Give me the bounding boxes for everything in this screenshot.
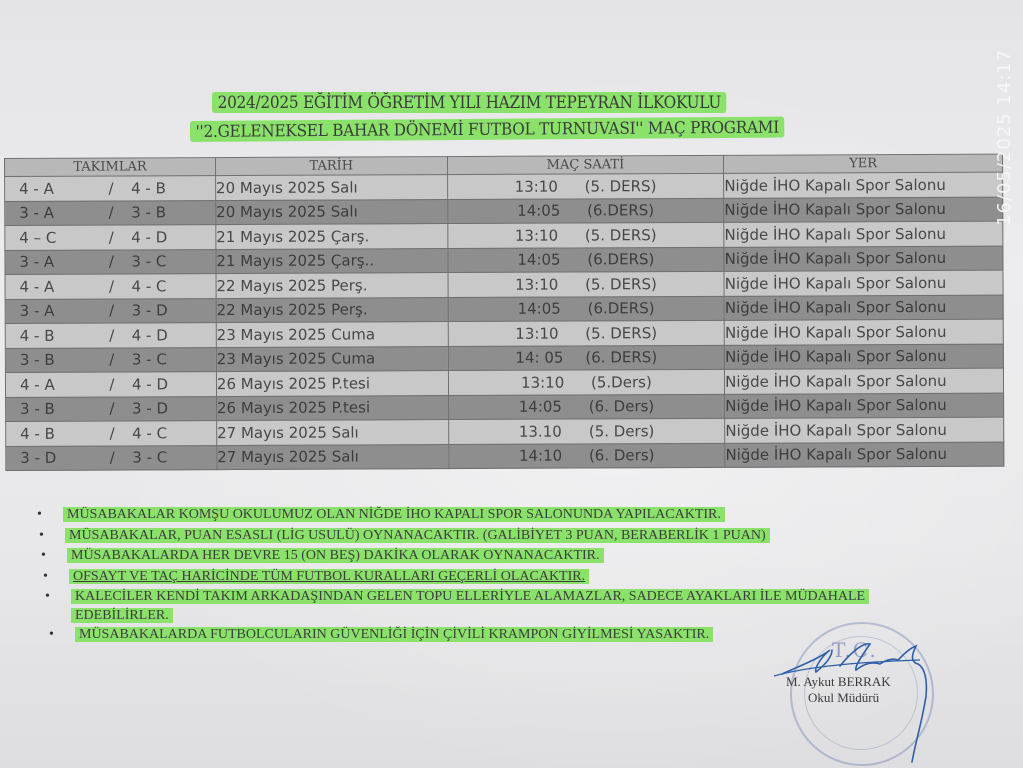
team-separator: / xyxy=(92,326,132,344)
team-away: 4 - D xyxy=(131,228,201,246)
time-cell: 14:05(6.DERS) xyxy=(448,296,725,322)
date-cell: 22 Mayıs 2025 Perş. xyxy=(216,297,448,323)
date-cell: 20 Mayıs 2025 Salı xyxy=(215,175,447,201)
team-home: 4 - A xyxy=(19,277,91,295)
teams-cell: 4 – C/4 - D xyxy=(5,225,216,250)
location-cell: Niğde İHO Kapalı Spor Salonu xyxy=(724,270,1003,296)
match-time: 13.10 xyxy=(519,422,589,440)
lesson-period: (6. DERS) xyxy=(585,348,657,366)
lesson-period: (6. Ders) xyxy=(589,397,655,415)
signature-block: T.C. M. Aykut BERRAK Okul Müdürü xyxy=(770,630,940,760)
time-cell: 14:05(6.DERS) xyxy=(448,247,725,273)
time-cell: 13:10(5. DERS) xyxy=(448,271,725,297)
date-cell: 21 Mayıs 2025 Çarş.. xyxy=(216,248,448,274)
team-away: 3 - C xyxy=(132,448,202,466)
rule-text: MÜSABAKALAR, PUAN ESASLI (LİG USULÜ) OYN… xyxy=(65,528,770,543)
team-separator: / xyxy=(91,253,131,271)
match-time: 13:10 xyxy=(515,177,585,195)
lesson-period: (5. DERS) xyxy=(585,177,657,195)
teams-cell: 4 - A/4 - C xyxy=(5,274,216,299)
team-away: 3 - C xyxy=(131,252,201,270)
lesson-period: (5.Ders) xyxy=(591,373,652,391)
team-home: 4 – C xyxy=(19,228,91,246)
date-cell: 20 Mayıs 2025 Salı xyxy=(216,199,448,225)
team-home: 4 - A xyxy=(19,179,91,197)
location-cell: Niğde İHO Kapalı Spor Salonu xyxy=(724,172,1003,198)
document-title-tournament: ''2.GELENEKSEL BAHAR DÖNEMİ FUTBOL TURNU… xyxy=(190,118,785,141)
match-time: 14:05 xyxy=(517,202,587,220)
lesson-period: (6. Ders) xyxy=(589,446,655,464)
location-cell: Niğde İHO Kapalı Spor Salonu xyxy=(725,442,1004,468)
team-home: 3 - D xyxy=(20,449,92,467)
location-cell: Niğde İHO Kapalı Spor Salonu xyxy=(724,319,1003,345)
team-away: 3 - B xyxy=(131,203,201,221)
team-home: 3 - A xyxy=(19,204,91,222)
rule-text: MÜSABAKALAR KOMŞU OKULUMUZ OLAN NİĞDE İH… xyxy=(63,507,725,522)
team-home: 3 - A xyxy=(20,302,92,320)
date-cell: 23 Mayıs 2025 Cuma xyxy=(216,322,448,348)
rules-list: MÜSABAKALAR KOMŞU OKULUMUZ OLAN NİĞDE İH… xyxy=(35,505,935,646)
principal-title: Okul Müdürü xyxy=(808,690,879,706)
time-cell: 13:10(5.Ders) xyxy=(448,369,725,395)
team-separator: / xyxy=(91,277,131,295)
team-separator: / xyxy=(91,204,131,222)
rule-text: MÜSABAKALARDA FUTBOLCULARIN GÜVENLİĞİ İÇ… xyxy=(75,627,713,642)
teams-cell: 3 - A/3 - C xyxy=(5,249,216,274)
match-time: 13:10 xyxy=(515,275,585,293)
teams-cell: 4 - B/4 - C xyxy=(6,421,217,446)
rule-item: MÜSABAKALARDA HER DEVRE 15 (ON BEŞ) DAKİ… xyxy=(39,546,935,567)
team-home: 4 - B xyxy=(20,326,92,344)
team-home: 4 - B xyxy=(20,424,92,442)
time-cell: 14: 05(6. DERS) xyxy=(448,345,725,371)
lesson-period: (6.DERS) xyxy=(587,201,654,219)
match-schedule-table: TAKIMLAR TARİH MAÇ SAATİ YER 4 - A/4 - B… xyxy=(4,154,1004,471)
location-cell: Niğde İHO Kapalı Spor Salonu xyxy=(725,393,1004,419)
team-separator: / xyxy=(92,449,132,467)
date-cell: 26 Mayıs 2025 P.tesi xyxy=(216,395,448,421)
team-separator: / xyxy=(92,424,132,442)
team-away: 3 - D xyxy=(132,399,202,417)
team-separator: / xyxy=(92,375,132,393)
match-time: 14:05 xyxy=(518,300,588,318)
rule-item: KALECİLER KENDİ TAKIM ARKADAŞINDAN GELEN… xyxy=(43,587,891,625)
time-cell: 13:10(5. DERS) xyxy=(447,173,724,199)
time-cell: 14:05(6. Ders) xyxy=(448,394,725,420)
team-separator: / xyxy=(92,302,132,320)
team-home: 3 - B xyxy=(20,351,92,369)
title-highlight: 2024/2025 EĞİTİM ÖĞRETİM YILI HAZIM TEPE… xyxy=(212,92,727,113)
photo-timestamp: 16/05/2025 14:17 xyxy=(994,49,1015,226)
team-away: 4 - C xyxy=(131,277,201,295)
match-time: 14:05 xyxy=(519,398,589,416)
match-time: 14: 05 xyxy=(515,349,585,367)
time-cell: 14:10(6. Ders) xyxy=(448,443,725,469)
time-cell: 13.10(5. Ders) xyxy=(448,418,725,444)
teams-cell: 3 - A/3 - B xyxy=(5,200,216,225)
team-home: 3 - A xyxy=(19,253,91,271)
location-cell: Niğde İHO Kapalı Spor Salonu xyxy=(724,344,1003,370)
location-cell: Niğde İHO Kapalı Spor Salonu xyxy=(725,417,1004,443)
location-cell: Niğde İHO Kapalı Spor Salonu xyxy=(724,246,1003,272)
location-cell: Niğde İHO Kapalı Spor Salonu xyxy=(724,221,1003,247)
teams-cell: 3 - B/3 - C xyxy=(5,347,216,372)
date-cell: 21 Mayıs 2025 Çarş. xyxy=(216,224,448,250)
team-away: 4 - C xyxy=(132,424,202,442)
rule-item: MÜSABAKALAR, PUAN ESASLI (LİG USULÜ) OYN… xyxy=(37,526,935,547)
teams-cell: 3 - D/3 - C xyxy=(6,445,217,470)
team-separator: / xyxy=(91,228,131,246)
date-cell: 27 Mayıs 2025 Salı xyxy=(217,420,449,446)
match-time: 13:10 xyxy=(515,226,585,244)
teams-cell: 3 - B/3 - D xyxy=(6,396,217,421)
lesson-period: (5. DERS) xyxy=(585,275,657,293)
teams-cell: 4 - A/4 - B xyxy=(5,176,216,201)
team-away: 4 - D xyxy=(132,375,202,393)
rule-text: OFSAYT VE TAÇ HARİCİNDE TÜM FUTBOL KURAL… xyxy=(69,569,589,584)
header-date: TARİH xyxy=(215,157,447,176)
team-away: 4 - D xyxy=(132,326,202,344)
lesson-period: (6.DERS) xyxy=(587,250,654,268)
lesson-period: (5. DERS) xyxy=(585,324,657,342)
team-separator: / xyxy=(92,400,132,418)
table-row: 3 - D/3 - C27 Mayıs 2025 Salı14:10(6. De… xyxy=(6,442,1004,471)
team-home: 3 - B xyxy=(20,400,92,418)
lesson-period: (6.DERS) xyxy=(588,299,655,317)
location-cell: Niğde İHO Kapalı Spor Salonu xyxy=(724,295,1003,321)
team-home: 4 - A xyxy=(20,375,92,393)
header-teams: TAKIMLAR xyxy=(5,158,216,177)
header-location: YER xyxy=(724,154,1003,173)
match-time: 13:10 xyxy=(515,324,585,342)
location-cell: Niğde İHO Kapalı Spor Salonu xyxy=(724,197,1003,223)
time-cell: 13:10(5. DERS) xyxy=(447,222,724,248)
title-highlight: ''2.GELENEKSEL BAHAR DÖNEMİ FUTBOL TURNU… xyxy=(190,117,785,142)
team-separator: / xyxy=(92,351,132,369)
rule-item: MÜSABAKALAR KOMŞU OKULUMUZ OLAN NİĞDE İH… xyxy=(35,505,935,526)
teams-cell: 4 - A/4 - D xyxy=(5,372,216,397)
team-separator: / xyxy=(91,179,131,197)
teams-cell: 3 - A/3 - D xyxy=(5,298,216,323)
date-cell: 22 Mayıs 2025 Perş. xyxy=(216,273,448,299)
team-away: 3 - C xyxy=(132,350,202,368)
header-match-time: MAÇ SAATİ xyxy=(447,155,724,174)
rule-text: MÜSABAKALARDA HER DEVRE 15 (ON BEŞ) DAKİ… xyxy=(67,548,604,563)
match-time: 14:10 xyxy=(519,447,589,465)
lesson-period: (5. DERS) xyxy=(585,226,657,244)
table-body: 4 - A/4 - B20 Mayıs 2025 Salı13:10(5. DE… xyxy=(5,172,1004,470)
date-cell: 23 Mayıs 2025 Cuma xyxy=(216,346,448,372)
location-cell: Niğde İHO Kapalı Spor Salonu xyxy=(725,368,1004,394)
date-cell: 27 Mayıs 2025 Salı xyxy=(217,444,449,470)
match-time: 14:05 xyxy=(517,251,587,269)
rule-text: KALECİLER KENDİ TAKIM ARKADAŞINDAN GELEN… xyxy=(71,589,869,623)
document-title-school: 2024/2025 EĞİTİM ÖĞRETİM YILI HAZIM TEPE… xyxy=(212,93,727,112)
teams-cell: 4 - B/4 - D xyxy=(5,323,216,348)
principal-name: M. Aykut BERRAK xyxy=(786,674,891,690)
time-cell: 14:05(6.DERS) xyxy=(447,198,724,224)
team-away: 4 - B xyxy=(131,179,201,197)
time-cell: 13:10(5. DERS) xyxy=(448,320,725,346)
date-cell: 26 Mayıs 2025 P.tesi xyxy=(216,371,448,397)
team-away: 3 - D xyxy=(132,301,202,319)
match-time: 13:10 xyxy=(521,373,591,391)
lesson-period: (5. Ders) xyxy=(589,422,655,440)
rule-item: OFSAYT VE TAÇ HARİCİNDE TÜM FUTBOL KURAL… xyxy=(41,567,935,588)
